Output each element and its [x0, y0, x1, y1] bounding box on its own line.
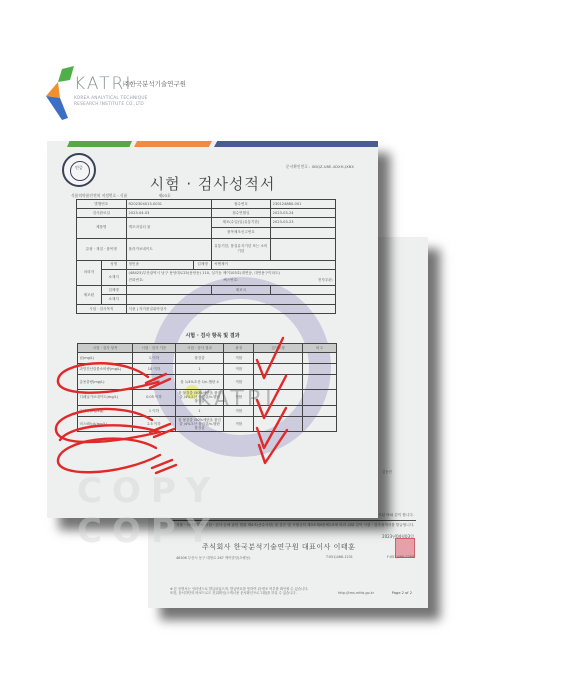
result-verdict: 적합	[224, 364, 254, 375]
table-row: 소재지 (48425)부산광역시 남구 용당대로25(용당동) 110, 실기동…	[77, 269, 336, 285]
result-clause	[254, 405, 303, 416]
cell-label: 업체명	[101, 285, 126, 294]
table-row: 발행번호 R202304013-0031 접수번호 230124880-001	[77, 200, 336, 209]
cell-label: 유형 · 재질 · 품목명	[77, 238, 127, 260]
table-row: 납(mg/L)1 이하불검출적합	[78, 353, 337, 364]
results-title: 시험 · 검사 항목 및 결과	[47, 332, 378, 339]
results-table: 시험 · 검사 항목 시험 · 검사 기준 시험 · 검사 결과 판정 검사조항…	[77, 343, 337, 432]
cell-label: 업체명	[194, 260, 212, 269]
result-clause	[254, 416, 303, 432]
table-row: 총용출량(mg/L)30 이하물 1/4%초산 1/n-헵탄 4적합	[78, 375, 337, 390]
document-title: 시험 · 검사성적서	[47, 173, 378, 194]
result-clause	[254, 375, 303, 390]
table-row: 유형 · 재질 · 품목명 폴리카보네이트 유통기한, 품질유지기한 또는 소비…	[77, 238, 336, 260]
column-header: 시험 · 검사 결과	[175, 344, 224, 353]
column-header: 시험 · 검사 기준	[133, 344, 175, 353]
header-stripe-orange	[134, 141, 212, 147]
manufacturer-company	[126, 285, 212, 294]
cell-label: 성명	[101, 260, 126, 269]
result-item: 총용출량(mg/L)	[78, 375, 133, 390]
cell-value	[270, 238, 335, 260]
footer-line2: 또한, 문서하단의 바코드로도 진위확인(스캐너용 문서확인프로그램)을 하실 …	[170, 591, 308, 595]
table-row: 검사완료일 2023-04-03 접수연월일 2023-03-24	[77, 209, 336, 218]
cell-label: 검사완료일	[77, 209, 127, 218]
cell-label: 제품명	[77, 218, 127, 238]
table-row: 비스페놀A(mg/L)2.5 이하물 불검출 /50%에탄올 불검출 /4%초산…	[78, 416, 337, 432]
cell-value: 2023-03-23	[270, 218, 335, 227]
front-page: KATRI COPY COPY 인증 문서확인번호 : XBQZ-U8E-4DX…	[47, 141, 378, 518]
table-row: 제품명 캐모마일티 물 제조(수입)일(유통기한) 2023-03-23	[77, 218, 336, 227]
result-standard: 2.5 이하	[133, 416, 175, 432]
result-item: 납(mg/L)	[78, 353, 133, 364]
results-header-row: 시험 · 검사 항목 시험 · 검사 기준 시험 · 검사 결과 판정 검사조항…	[78, 344, 337, 353]
result-note	[302, 364, 336, 375]
column-header: 판정	[224, 344, 254, 353]
fax-label: 팩스번호:	[223, 278, 238, 283]
cell-value: R202304013-0031	[126, 200, 212, 209]
cell-label: 접수연월일	[212, 209, 271, 218]
result-verdict: 적합	[224, 353, 254, 364]
table-row: 소재지	[77, 295, 336, 305]
requester-address: (48425)부산광역시 남구 용당대로25(용당동) 110, 실기동 제이1…	[129, 271, 333, 276]
purpose-value: 식품 | 자가품질위탁검사	[126, 305, 335, 314]
result-note	[302, 390, 336, 406]
table-row: 시험 · 검사목적 식품 | 자가품질위탁검사	[77, 305, 336, 314]
company-address: 46306 부산시 동구 대영로 267 케이빌딩(초량동)	[176, 555, 250, 560]
logo-subtitle: KOREA ANALYTICAL TECHNIQUE RESEARCH INST…	[74, 96, 148, 108]
result-value: 물 1/4%초산 1/n-헵탄 4	[175, 375, 224, 390]
result-clause	[254, 364, 303, 375]
column-header: 검사조항	[254, 344, 303, 353]
table-row: 제조원 업체명 제조국	[77, 285, 336, 294]
company-tel: T:051)466-1231	[326, 555, 353, 559]
phone-label: 전화번호:	[129, 278, 144, 283]
result-value: 불검출	[175, 353, 224, 364]
result-value: 1	[175, 364, 224, 375]
table-row: 아민류(mg/kg)1 이하1적합	[78, 405, 337, 416]
result-value: 1	[175, 405, 224, 416]
cell-value: 폴리카보네이트	[126, 238, 212, 260]
result-value: 물 불검출 /50%에탄올 불검출 /4%초산 불검출/n-헵탄 불검출	[175, 416, 224, 432]
designation-number: 제03호	[158, 193, 170, 198]
cell-label: 소재지	[101, 295, 126, 305]
result-note	[302, 416, 336, 432]
email-label: 전자우편:	[318, 278, 333, 283]
header-stripe-blue	[214, 141, 378, 147]
cell-value: 2023-03-24	[270, 209, 335, 218]
cell-value	[270, 227, 335, 238]
cell-label: 발행번호	[77, 200, 127, 209]
purpose-label: 시험 · 검사목적	[77, 305, 127, 314]
cell-label: 소재지	[101, 269, 126, 285]
contact-labels: 전화번호: 팩스번호: 전자우편:	[129, 278, 333, 283]
result-verdict: 적합	[224, 416, 254, 432]
page-number: Page 2 of 2	[392, 591, 412, 595]
result-standard: 1 이하	[133, 405, 175, 416]
cell-value: 230124880-001	[270, 200, 335, 209]
cell-value: 캐모마일티 물	[126, 218, 212, 238]
result-item: 디페닐카보네이트(mg/L)	[78, 390, 133, 406]
cell-label: 제조국	[212, 285, 271, 294]
manufacturer-label: 제조원	[77, 285, 102, 304]
table-row: 디페닐카보네이트(mg/L)0.05 이하물 불검출 /50%에탄올 불검출 /…	[78, 390, 337, 406]
result-item: 비스페놀A(mg/L)	[78, 416, 133, 432]
table-row: 과망간산칼륨소비량(mg/L)10 이하1적합	[78, 364, 337, 375]
result-clause	[254, 390, 303, 406]
manufacturer-address	[126, 295, 335, 305]
footer-notice: ※ 본 증명서는 인터넷으로 발급되었으며, 발급번호를 통하여 위·변조 여부…	[170, 587, 308, 595]
reviewer-name: 김동민	[382, 469, 392, 474]
seal-label: 인증	[75, 165, 83, 171]
katri-logo: KATRI ㈜한국분석기술연구원 KOREA ANALYTICAL TECHNI…	[44, 66, 194, 124]
result-item: 아민류(mg/kg)	[78, 405, 133, 416]
result-verdict: 적합	[224, 405, 254, 416]
verification-url[interactable]: http://tms.mfds.go.kr	[338, 591, 374, 595]
logo-korean-name: ㈜한국분석기술연구원	[123, 79, 186, 88]
requester-company: 씨엔제이	[212, 260, 336, 269]
cell-value: 2023-04-03	[126, 209, 212, 218]
copy-watermark: COPY COPY	[77, 471, 378, 551]
requester-address-cell: (48425)부산광역시 남구 용당대로25(용당동) 110, 실기동 제이1…	[126, 269, 335, 285]
document-id: 문서확인번호 : XBQZ-U8E-4DXH-JXBX	[286, 164, 354, 170]
column-header: 시험 · 검사 항목	[78, 344, 133, 353]
designation-agency: 식품의약품안전처 지정번호 : 식품	[71, 193, 127, 198]
result-note	[302, 405, 336, 416]
company-fax: F:051)466-2288	[387, 555, 414, 559]
result-note	[302, 375, 336, 390]
result-value: 물 불검출 /50%에탄올 불검출 /4%초산 불검출/n-헵탄 불검출	[175, 390, 224, 406]
result-note	[302, 353, 336, 364]
requester-label: 의뢰자	[77, 260, 102, 285]
result-standard: 10 이하	[133, 364, 175, 375]
result-verdict: 적합	[224, 375, 254, 390]
logo-subtitle-line2: RESEARCH INSTITUTE CO.,LTD	[74, 102, 148, 108]
result-verdict: 적합	[224, 390, 254, 406]
result-standard: 30 이하	[133, 375, 175, 390]
header-stripe-green	[67, 141, 132, 147]
cell-label: 품목제조신고번호	[212, 227, 271, 238]
cell-label: 접수번호	[212, 200, 271, 209]
result-standard: 0.05 이하	[133, 390, 175, 406]
manufacturer-country	[270, 285, 335, 294]
result-clause	[254, 353, 303, 364]
info-table: 발행번호 R202304013-0031 접수번호 230124880-001 …	[76, 199, 336, 314]
cell-label: 유통기한, 품질유지기한 또는 소비기한	[212, 238, 271, 260]
result-standard: 1 이하	[133, 353, 175, 364]
requester-name: 정민솔	[126, 260, 194, 269]
table-row: 의뢰자 성명 정민솔 업체명 씨엔제이	[77, 260, 336, 269]
cell-label: 제조(수입)일(유통기한)	[212, 218, 271, 227]
result-item: 과망간산칼륨소비량(mg/L)	[78, 364, 133, 375]
column-header: 비고	[302, 344, 336, 353]
